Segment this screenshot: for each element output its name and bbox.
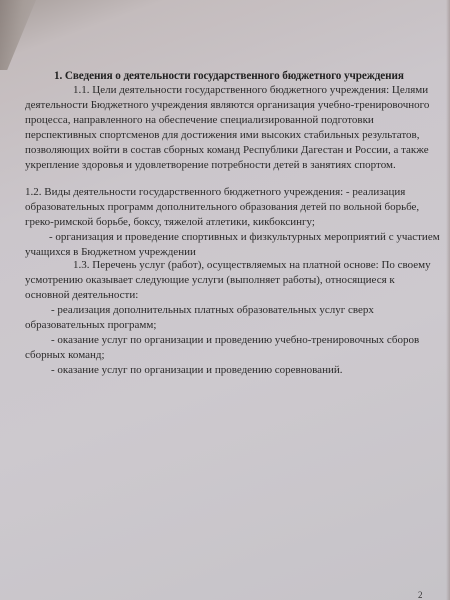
section-1-2: 1.2. Виды деятельности государственного … [25,185,435,260]
text-line: - оказание услуг по организации и провед… [25,363,435,378]
text-line: укрепление здоровья и удовлетворение пот… [25,158,435,173]
page-number: 2 [418,590,423,600]
text-line: образовательных программ дополнительного… [25,200,435,215]
text-line: - реализация дополнительных платных обра… [25,303,435,318]
text-line: - оказание услуг по организации и провед… [25,333,435,348]
text-line: 1.3. Перечень услуг (работ), осуществляе… [25,258,435,273]
text-line: 1.2. Виды деятельности государственного … [25,185,435,200]
section-1-3: 1.3. Перечень услуг (работ), осуществляе… [25,258,435,378]
text-line: позволяющих войти в состав сборных коман… [25,143,435,158]
section-1-1: 1.1. Цели деятельности государственного … [25,83,435,173]
text-line: сборных команд; [25,348,435,363]
section-heading: 1. Сведения о деятельности государственн… [54,70,450,82]
text-line: основной деятельности: [25,288,435,303]
text-line: перспективных спортсменов для достижения… [25,128,435,143]
page-edge-shadow [446,0,450,600]
text-line: греко-римской борьбе, боксу, тяжелой атл… [25,215,435,230]
text-line: - организация и проведение спортивных и … [25,230,435,245]
text-line: 1.1. Цели деятельности государственного … [25,83,435,98]
text-line: образовательных программ; [25,318,435,333]
text-line: процесса, направленного на обеспечение с… [25,113,435,128]
text-line: усмотрению оказывает следующие услуги (в… [25,273,435,288]
document-page: 1. Сведения о деятельности государственн… [22,0,450,600]
text-line: деятельности Бюджетного учреждения являю… [25,98,435,113]
